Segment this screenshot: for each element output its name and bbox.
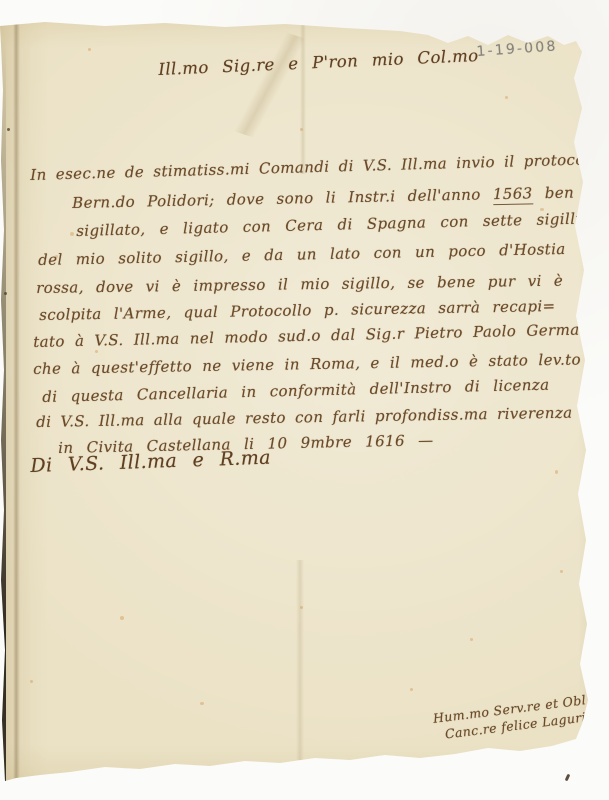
body-line-3: sigillato, e ligato con Cera di Spagna c… [76,210,581,240]
body-line-5: rossa, dove vi è impresso il mio sigillo… [36,272,563,297]
body-line-2-pre: Bern.do Polidori; dove sono li Instr.i d… [72,185,493,212]
body-line-2: Bern.do Polidori; dove sono li Instr.i d… [72,183,574,212]
letter-page: 1-19-008 Ill.mo Sig.re e P'ron mio Col.m… [0,0,609,800]
scan-background: 1-19-008 Ill.mo Sig.re e P'ron mio Col.m… [0,0,609,800]
scan-debris-mark [565,774,571,782]
body-line-1: In esec.ne de stimatiss.mi Comandi di V.… [30,149,609,184]
body-line-7: tato à V.S. Ill.ma nel modo sud.o dal Si… [33,320,595,351]
ink-layer: Ill.mo Sig.re e P'ron mio Col.mo In esec… [0,0,609,800]
signature-block: Hum.mo Serv.re et Obl.mo Se.re Canc.re f… [432,689,609,744]
body-line-6: scolpita l'Arme, qual Protocollo p. sicu… [39,297,556,324]
salutation-line: Ill.mo Sig.re e P'ron mio Col.mo [158,46,479,79]
body-line-2-post: ben [532,183,574,202]
body-line-8: che à quest'effetto ne viene in Roma, e … [33,350,581,378]
body-line-10: di V.S. Ill.ma alla quale resto con farl… [36,404,573,431]
body-line-9: di questa Cancellaria in conformità dell… [42,376,550,406]
body-line-4: del mio solito sigillo, e da un lato con… [38,240,566,269]
underlined-year: 1563 [493,184,533,205]
